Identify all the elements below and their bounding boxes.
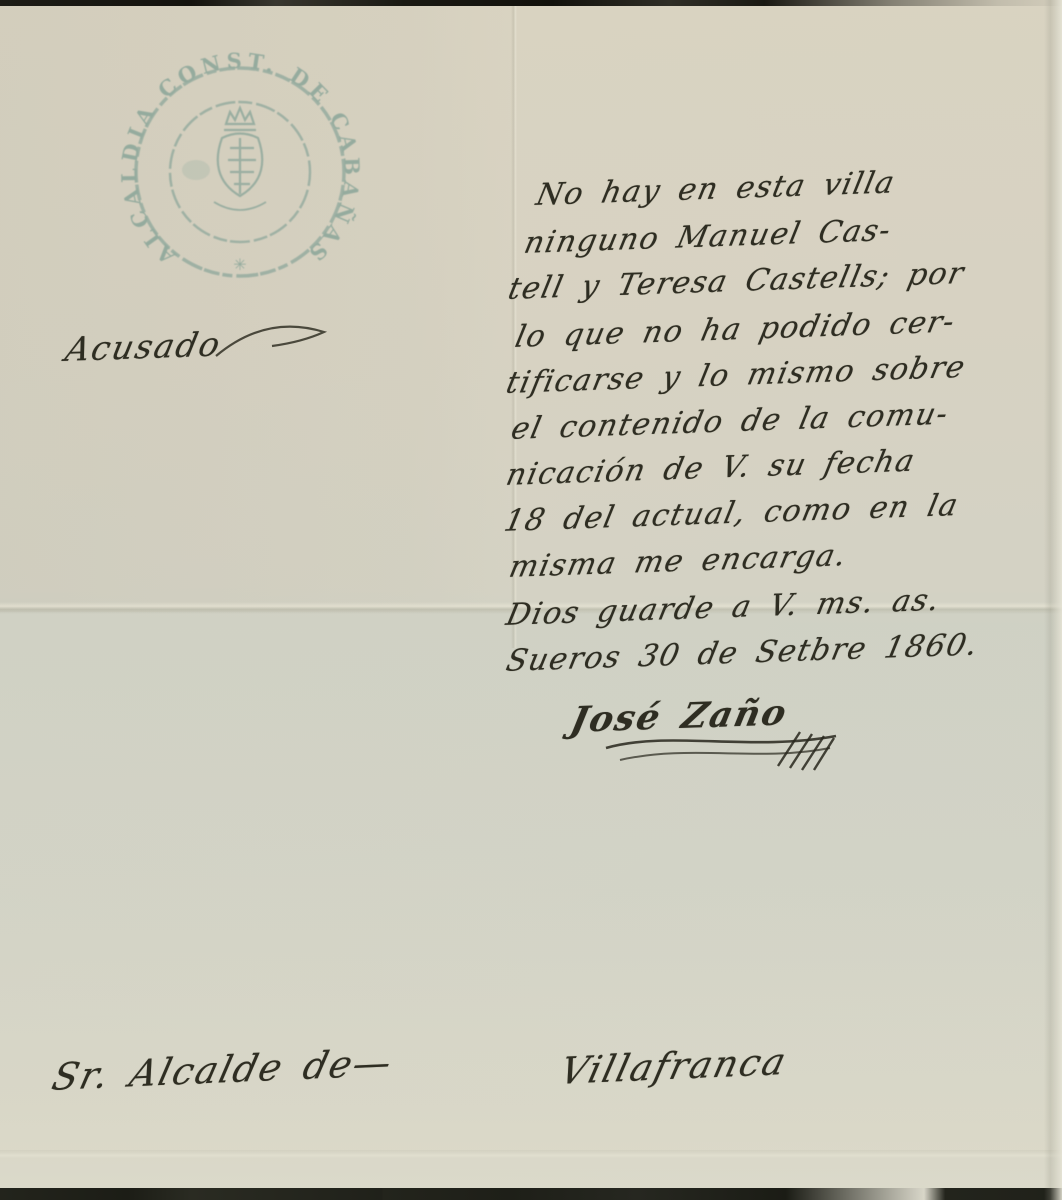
signature: José Zaño: [567, 692, 792, 741]
address-salutation: Sr. Alcalde de—: [48, 1041, 398, 1099]
fold-crease-bottom: [0, 1150, 1062, 1158]
address-place: Villafranca: [556, 1040, 792, 1093]
municipal-seal: ALCALDIA CONST. DE CABAÑAS ✳: [118, 52, 362, 292]
margin-note: Acusado: [62, 324, 225, 369]
scan-edge-bottom: [0, 1188, 1062, 1200]
body-line-3: tell y Teresa Castells; por: [505, 256, 968, 307]
margin-note-flourish: [212, 312, 332, 368]
letter-scan-page: ALCALDIA CONST. DE CABAÑAS ✳ Acusado No …: [0, 0, 1062, 1200]
seal-bottom-mark: ✳: [233, 255, 246, 274]
body-line-7: nicación de V. su fecha: [503, 443, 919, 493]
body-line-6: el contenido de la comu-: [508, 396, 952, 447]
body-line-4: lo que no ha podido cer-: [512, 304, 959, 355]
seal-ink-smudge: [182, 160, 210, 180]
seal-coat-of-arms: [214, 108, 266, 210]
body-line-9: misma me encarga.: [506, 538, 851, 585]
scan-edge-right: [1044, 0, 1062, 1200]
municipal-seal-graphic: ALCALDIA CONST. DE CABAÑAS ✳: [118, 52, 362, 292]
body-line-11: Sueros 30 de Setbre 1860.: [503, 627, 982, 679]
body-line-1: No hay en esta villa: [533, 165, 899, 213]
scan-edge-top: [0, 0, 1062, 6]
body-line-8: 18 del actual, como en la: [501, 488, 962, 539]
body-line-5: tificarse y lo mismo sobre: [503, 350, 969, 401]
body-line-10: Dios guarde a V. ms. as.: [503, 583, 944, 633]
body-line-2: ninguno Manuel Cas-: [521, 213, 895, 261]
